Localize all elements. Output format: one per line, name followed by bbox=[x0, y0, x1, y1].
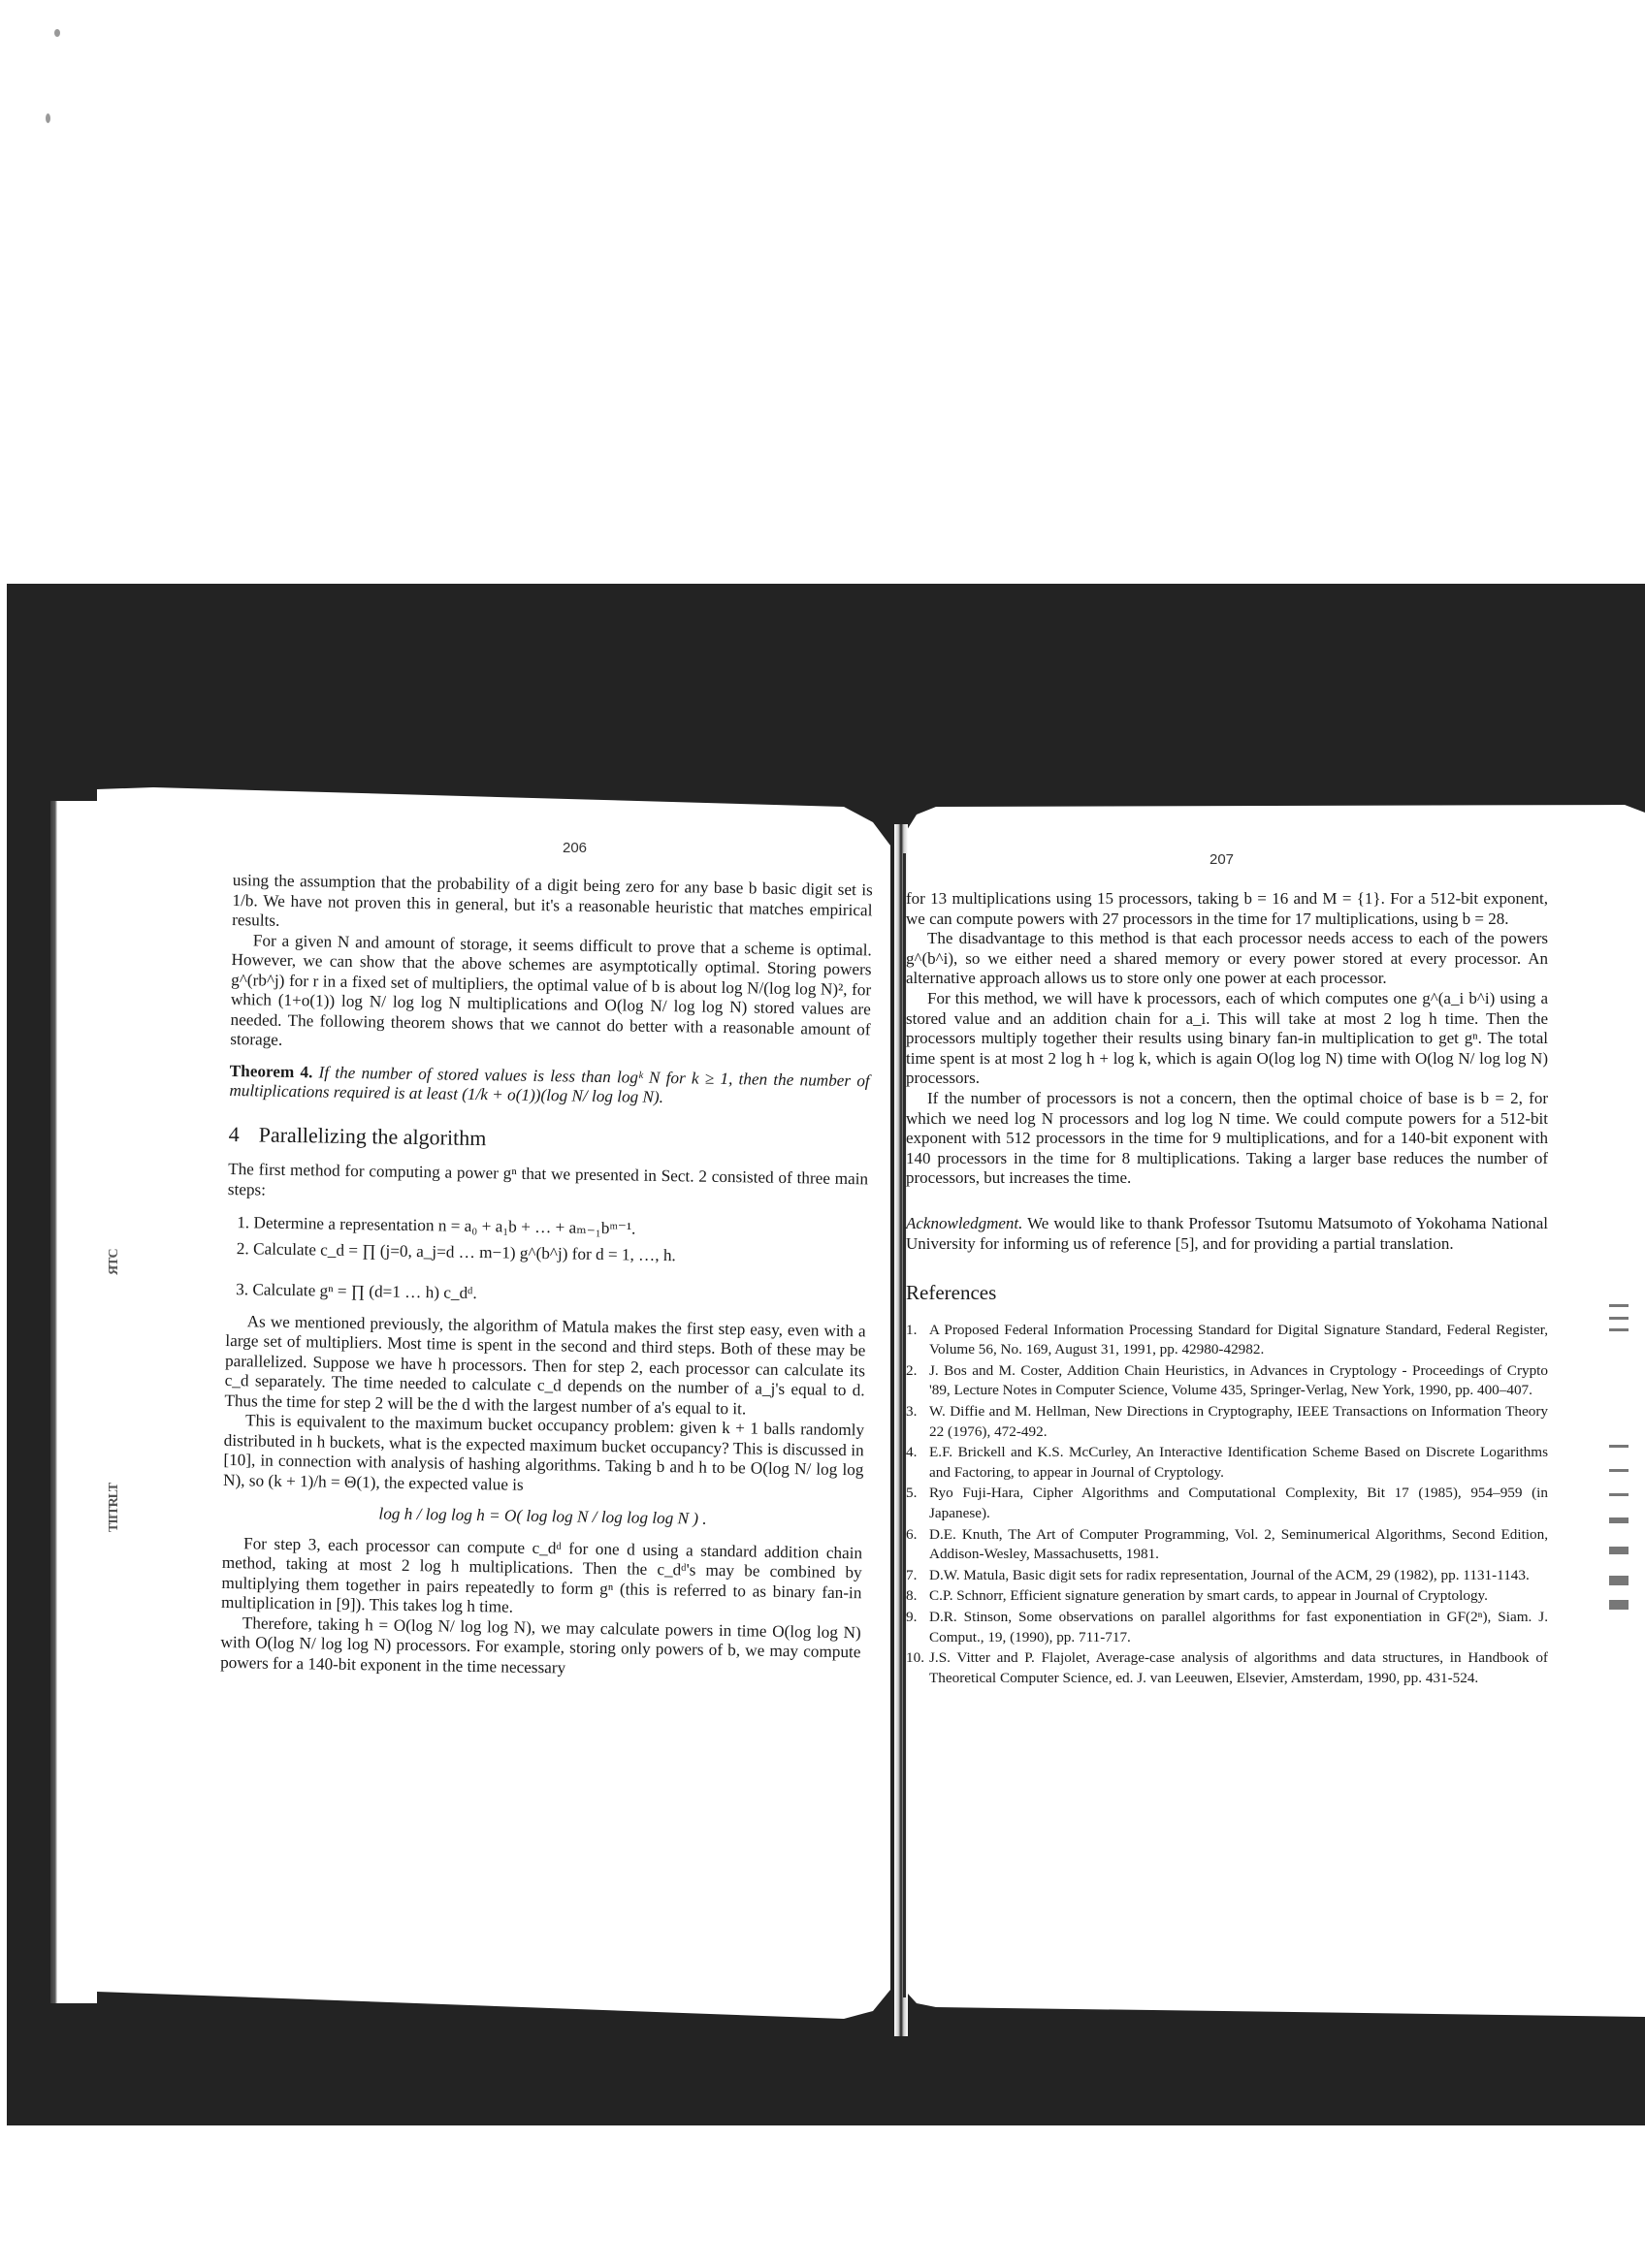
bleed-mark bbox=[1609, 1445, 1629, 1448]
paragraph: For step 3, each processor can compute c… bbox=[221, 1533, 862, 1622]
bleed-mark bbox=[1609, 1600, 1629, 1610]
reference-item: 9.D.R. Stinson, Some observations on par… bbox=[906, 1608, 1548, 1647]
reference-text: D.R. Stinson, Some observations on paral… bbox=[929, 1609, 1548, 1645]
step-item: 2. Calculate c_d = ∏ (j=0, a_j=d … m−1) … bbox=[237, 1239, 867, 1269]
references-heading: References bbox=[906, 1283, 1548, 1303]
reference-text: E.F. Brickell and K.S. McCurley, An Inte… bbox=[929, 1444, 1548, 1481]
right-page-text: for 13 multiplications using 15 processo… bbox=[906, 889, 1548, 1689]
step-text: Determine a representation n = a₀ + a₁b … bbox=[253, 1213, 635, 1237]
bleed-through-text: TIITRLT bbox=[107, 1484, 122, 1532]
reference-item: 5.Ryo Fuji-Hara, Cipher Algorithms and C… bbox=[906, 1484, 1548, 1523]
page-number-left: 206 bbox=[563, 840, 587, 856]
paragraph: The first method for computing a power g… bbox=[228, 1160, 869, 1209]
bleed-mark bbox=[1609, 1304, 1629, 1307]
bleed-mark bbox=[1609, 1576, 1629, 1585]
reference-number: 4. bbox=[906, 1443, 917, 1463]
theorem: Theorem 4. If the number of stored value… bbox=[229, 1061, 870, 1110]
display-formula: log h / log log h = O( log log N / log l… bbox=[222, 1502, 862, 1532]
paragraph: If the number of processors is not a con… bbox=[906, 1089, 1548, 1189]
reference-number: 6. bbox=[906, 1525, 917, 1546]
left-page-text: using the assumption that the probabilit… bbox=[220, 871, 873, 1682]
reference-text: W. Diffie and M. Hellman, New Directions… bbox=[929, 1403, 1548, 1440]
paragraph: This is equivalent to the maximum bucket… bbox=[223, 1411, 864, 1500]
bottom-margin bbox=[0, 2125, 1645, 2268]
paragraph: Therefore, taking h = O(log N/ log log N… bbox=[220, 1613, 861, 1682]
section-heading: 4Parallelizing the algorithm bbox=[229, 1124, 869, 1154]
reference-number: 3. bbox=[906, 1402, 917, 1422]
paragraph: As we mentioned previously, the algorith… bbox=[224, 1311, 866, 1421]
step-item: 3. Calculate gⁿ = ∏ (d=1 … h) c_dᵈ. bbox=[236, 1280, 866, 1310]
reference-item: 8.C.P. Schnorr, Efficient signature gene… bbox=[906, 1586, 1548, 1607]
speck bbox=[54, 29, 60, 37]
step-text: Calculate gⁿ = ∏ (d=1 … h) c_dᵈ. bbox=[252, 1280, 477, 1302]
reference-text: A Proposed Federal Information Processin… bbox=[929, 1322, 1548, 1358]
scan-specks bbox=[0, 0, 291, 194]
reference-item: 3.W. Diffie and M. Hellman, New Directio… bbox=[906, 1402, 1548, 1442]
reference-item: 1.A Proposed Federal Information Process… bbox=[906, 1321, 1548, 1360]
reference-number: 5. bbox=[906, 1484, 917, 1504]
paragraph: For a given N and amount of storage, it … bbox=[230, 930, 872, 1059]
section-title: Parallelizing the algorithm bbox=[259, 1122, 487, 1150]
reference-text: J.S. Vitter and P. Flajolet, Average-cas… bbox=[929, 1649, 1548, 1686]
reference-number: 7. bbox=[906, 1566, 917, 1586]
reference-number: 9. bbox=[906, 1608, 917, 1628]
section-number: 4 bbox=[229, 1121, 240, 1145]
bleed-through-text: ЯTC bbox=[107, 1249, 122, 1275]
theorem-label: Theorem 4. bbox=[230, 1061, 313, 1080]
bleed-through-marks bbox=[1605, 1299, 1644, 1619]
page-number-right: 207 bbox=[1210, 851, 1234, 868]
bleed-mark bbox=[1609, 1517, 1629, 1523]
reference-text: C.P. Schnorr, Efficient signature genera… bbox=[929, 1587, 1488, 1604]
step-number: 2. bbox=[237, 1239, 249, 1258]
reference-item: 4.E.F. Brickell and K.S. McCurley, An In… bbox=[906, 1443, 1548, 1483]
reference-item: 7.D.W. Matula, Basic digit sets for radi… bbox=[906, 1566, 1548, 1586]
paragraph: For this method, we will have k processo… bbox=[906, 989, 1548, 1089]
reference-number: 1. bbox=[906, 1321, 917, 1341]
reference-text: J. Bos and M. Coster, Addition Chain Heu… bbox=[929, 1362, 1548, 1399]
bleed-mark bbox=[1609, 1547, 1629, 1554]
reference-text: Ryo Fuji-Hara, Cipher Algorithms and Com… bbox=[929, 1485, 1548, 1521]
reference-number: 8. bbox=[906, 1586, 917, 1607]
theorem-text: If the number of stored values is less t… bbox=[229, 1063, 870, 1106]
reference-list: 1.A Proposed Federal Information Process… bbox=[906, 1321, 1548, 1689]
reference-number: 2. bbox=[906, 1361, 917, 1382]
step-text: Calculate c_d = ∏ (j=0, a_j=d … m−1) g^(… bbox=[253, 1239, 676, 1264]
step-number: 1. bbox=[237, 1213, 249, 1231]
reference-text: D.W. Matula, Basic digit sets for radix … bbox=[929, 1567, 1530, 1583]
step-item: 1. Determine a representation n = a₀ + a… bbox=[237, 1213, 867, 1243]
paragraph: for 13 multiplications using 15 processo… bbox=[906, 889, 1548, 929]
reference-item: 2.J. Bos and M. Coster, Addition Chain H… bbox=[906, 1361, 1548, 1401]
bleed-mark bbox=[1609, 1469, 1629, 1472]
paragraph: using the assumption that the probabilit… bbox=[232, 871, 873, 941]
page-stack-edge bbox=[50, 801, 97, 2003]
speck bbox=[46, 113, 50, 123]
reference-item: 10.J.S. Vitter and P. Flajolet, Average-… bbox=[906, 1648, 1548, 1688]
bleed-mark bbox=[1609, 1317, 1629, 1320]
bleed-mark bbox=[1609, 1328, 1629, 1331]
acknowledgment: Acknowledgment. We would like to thank P… bbox=[906, 1214, 1548, 1254]
step-number: 3. bbox=[236, 1280, 248, 1298]
reference-item: 6.D.E. Knuth, The Art of Computer Progra… bbox=[906, 1525, 1548, 1565]
acknowledgment-label: Acknowledgment. bbox=[906, 1214, 1022, 1232]
bleed-mark bbox=[1609, 1493, 1629, 1496]
paragraph: The disadvantage to this method is that … bbox=[906, 929, 1548, 989]
reference-number: 10. bbox=[906, 1648, 924, 1669]
step-list: 1. Determine a representation n = a₀ + a… bbox=[226, 1213, 867, 1310]
reference-text: D.E. Knuth, The Art of Computer Programm… bbox=[929, 1526, 1548, 1563]
